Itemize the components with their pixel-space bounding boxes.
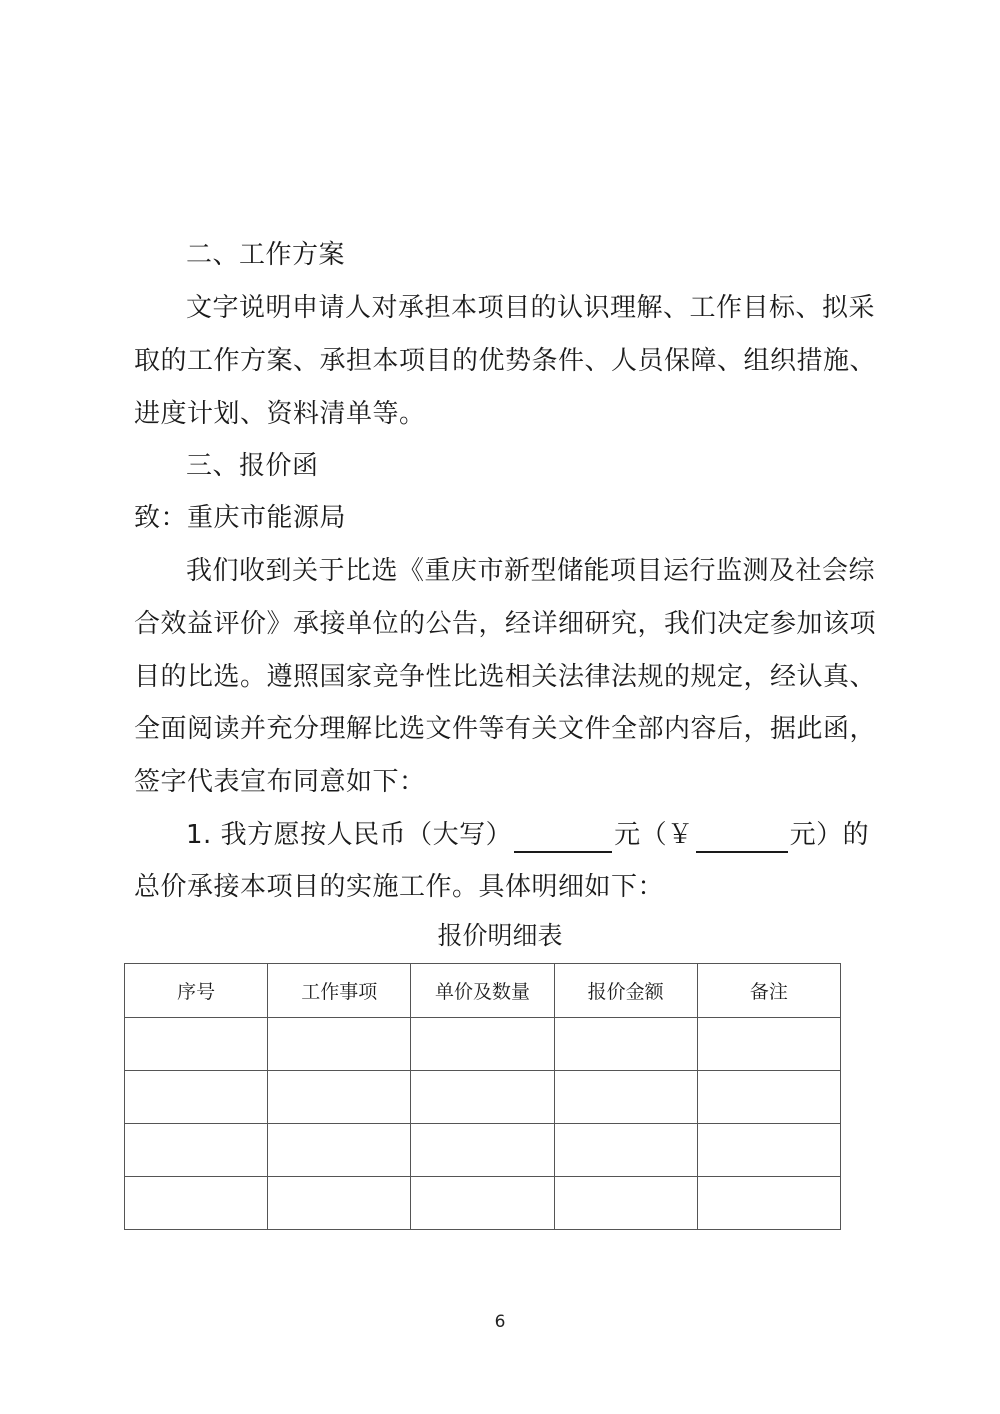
table-title: 报价明细表 [0, 918, 1000, 954]
column-header-unit-price-quantity: 单价及数量 [411, 964, 554, 1018]
table-cell[interactable] [125, 1124, 268, 1177]
column-header-index: 序号 [125, 964, 268, 1018]
section-heading-quote-letter: 三、报价函 [186, 448, 319, 484]
table-cell[interactable] [411, 1071, 554, 1124]
table-cell[interactable] [268, 1071, 411, 1124]
table-cell[interactable] [554, 1177, 697, 1230]
column-header-remarks: 备注 [697, 964, 840, 1018]
table-cell[interactable] [268, 1124, 411, 1177]
table-row [125, 1018, 841, 1071]
table-cell[interactable] [268, 1177, 411, 1230]
addressee: 致：重庆市能源局 [134, 500, 346, 536]
amount-in-words-field[interactable] [514, 823, 612, 853]
page-number: 6 [0, 1312, 1000, 1332]
table-cell[interactable] [411, 1018, 554, 1071]
table-cell[interactable] [554, 1071, 697, 1124]
paragraph-line: 合效益评价》承接单位的公告，经详细研究，我们决定参加该项 [134, 606, 876, 642]
paragraph-line: 目的比选。遵照国家竞争性比选相关法律法规的规定，经认真、 [134, 659, 876, 695]
price-statement-prefix: 1. 我方愿按人民币（大写） [186, 820, 512, 850]
table-cell[interactable] [554, 1018, 697, 1071]
table-cell[interactable] [125, 1071, 268, 1124]
section-heading-work-plan: 二、工作方案 [186, 237, 345, 273]
price-unit-1: 元（￥ [614, 820, 694, 850]
table-cell[interactable] [697, 1177, 840, 1230]
table-cell[interactable] [697, 1071, 840, 1124]
table-cell[interactable] [697, 1018, 840, 1071]
price-statement-line-2: 总价承接本项目的实施工作。具体明细如下： [134, 869, 664, 905]
table-cell[interactable] [268, 1018, 411, 1071]
table-cell[interactable] [125, 1018, 268, 1071]
paragraph-line: 取的工作方案、承担本项目的优势条件、人员保障、组织措施、 [134, 343, 876, 379]
paragraph-line: 全面阅读并充分理解比选文件等有关文件全部内容后，据此函， [134, 711, 876, 747]
paragraph-line: 签字代表宣布同意如下： [134, 764, 426, 800]
paragraph-line: 进度计划、资料清单等。 [134, 396, 426, 432]
table-cell[interactable] [411, 1124, 554, 1177]
paragraph-line: 文字说明申请人对承担本项目的认识理解、工作目标、拟采 [186, 290, 875, 326]
table-cell[interactable] [411, 1177, 554, 1230]
price-statement-line: 1. 我方愿按人民币（大写）元（￥元）的 [186, 817, 869, 853]
table-cell[interactable] [554, 1124, 697, 1177]
price-unit-2: 元）的 [790, 820, 870, 850]
table-row [125, 1071, 841, 1124]
table-cell[interactable] [125, 1177, 268, 1230]
column-header-quote-amount: 报价金额 [554, 964, 697, 1018]
table-header-row: 序号 工作事项 单价及数量 报价金额 备注 [125, 964, 841, 1018]
column-header-work-item: 工作事项 [268, 964, 411, 1018]
table-cell[interactable] [697, 1124, 840, 1177]
table-row [125, 1124, 841, 1177]
quote-detail-table: 序号 工作事项 单价及数量 报价金额 备注 [124, 963, 841, 1230]
amount-in-numbers-field[interactable] [696, 823, 788, 853]
table-row [125, 1177, 841, 1230]
paragraph-line: 我们收到关于比选《重庆市新型储能项目运行监测及社会综 [186, 553, 875, 589]
